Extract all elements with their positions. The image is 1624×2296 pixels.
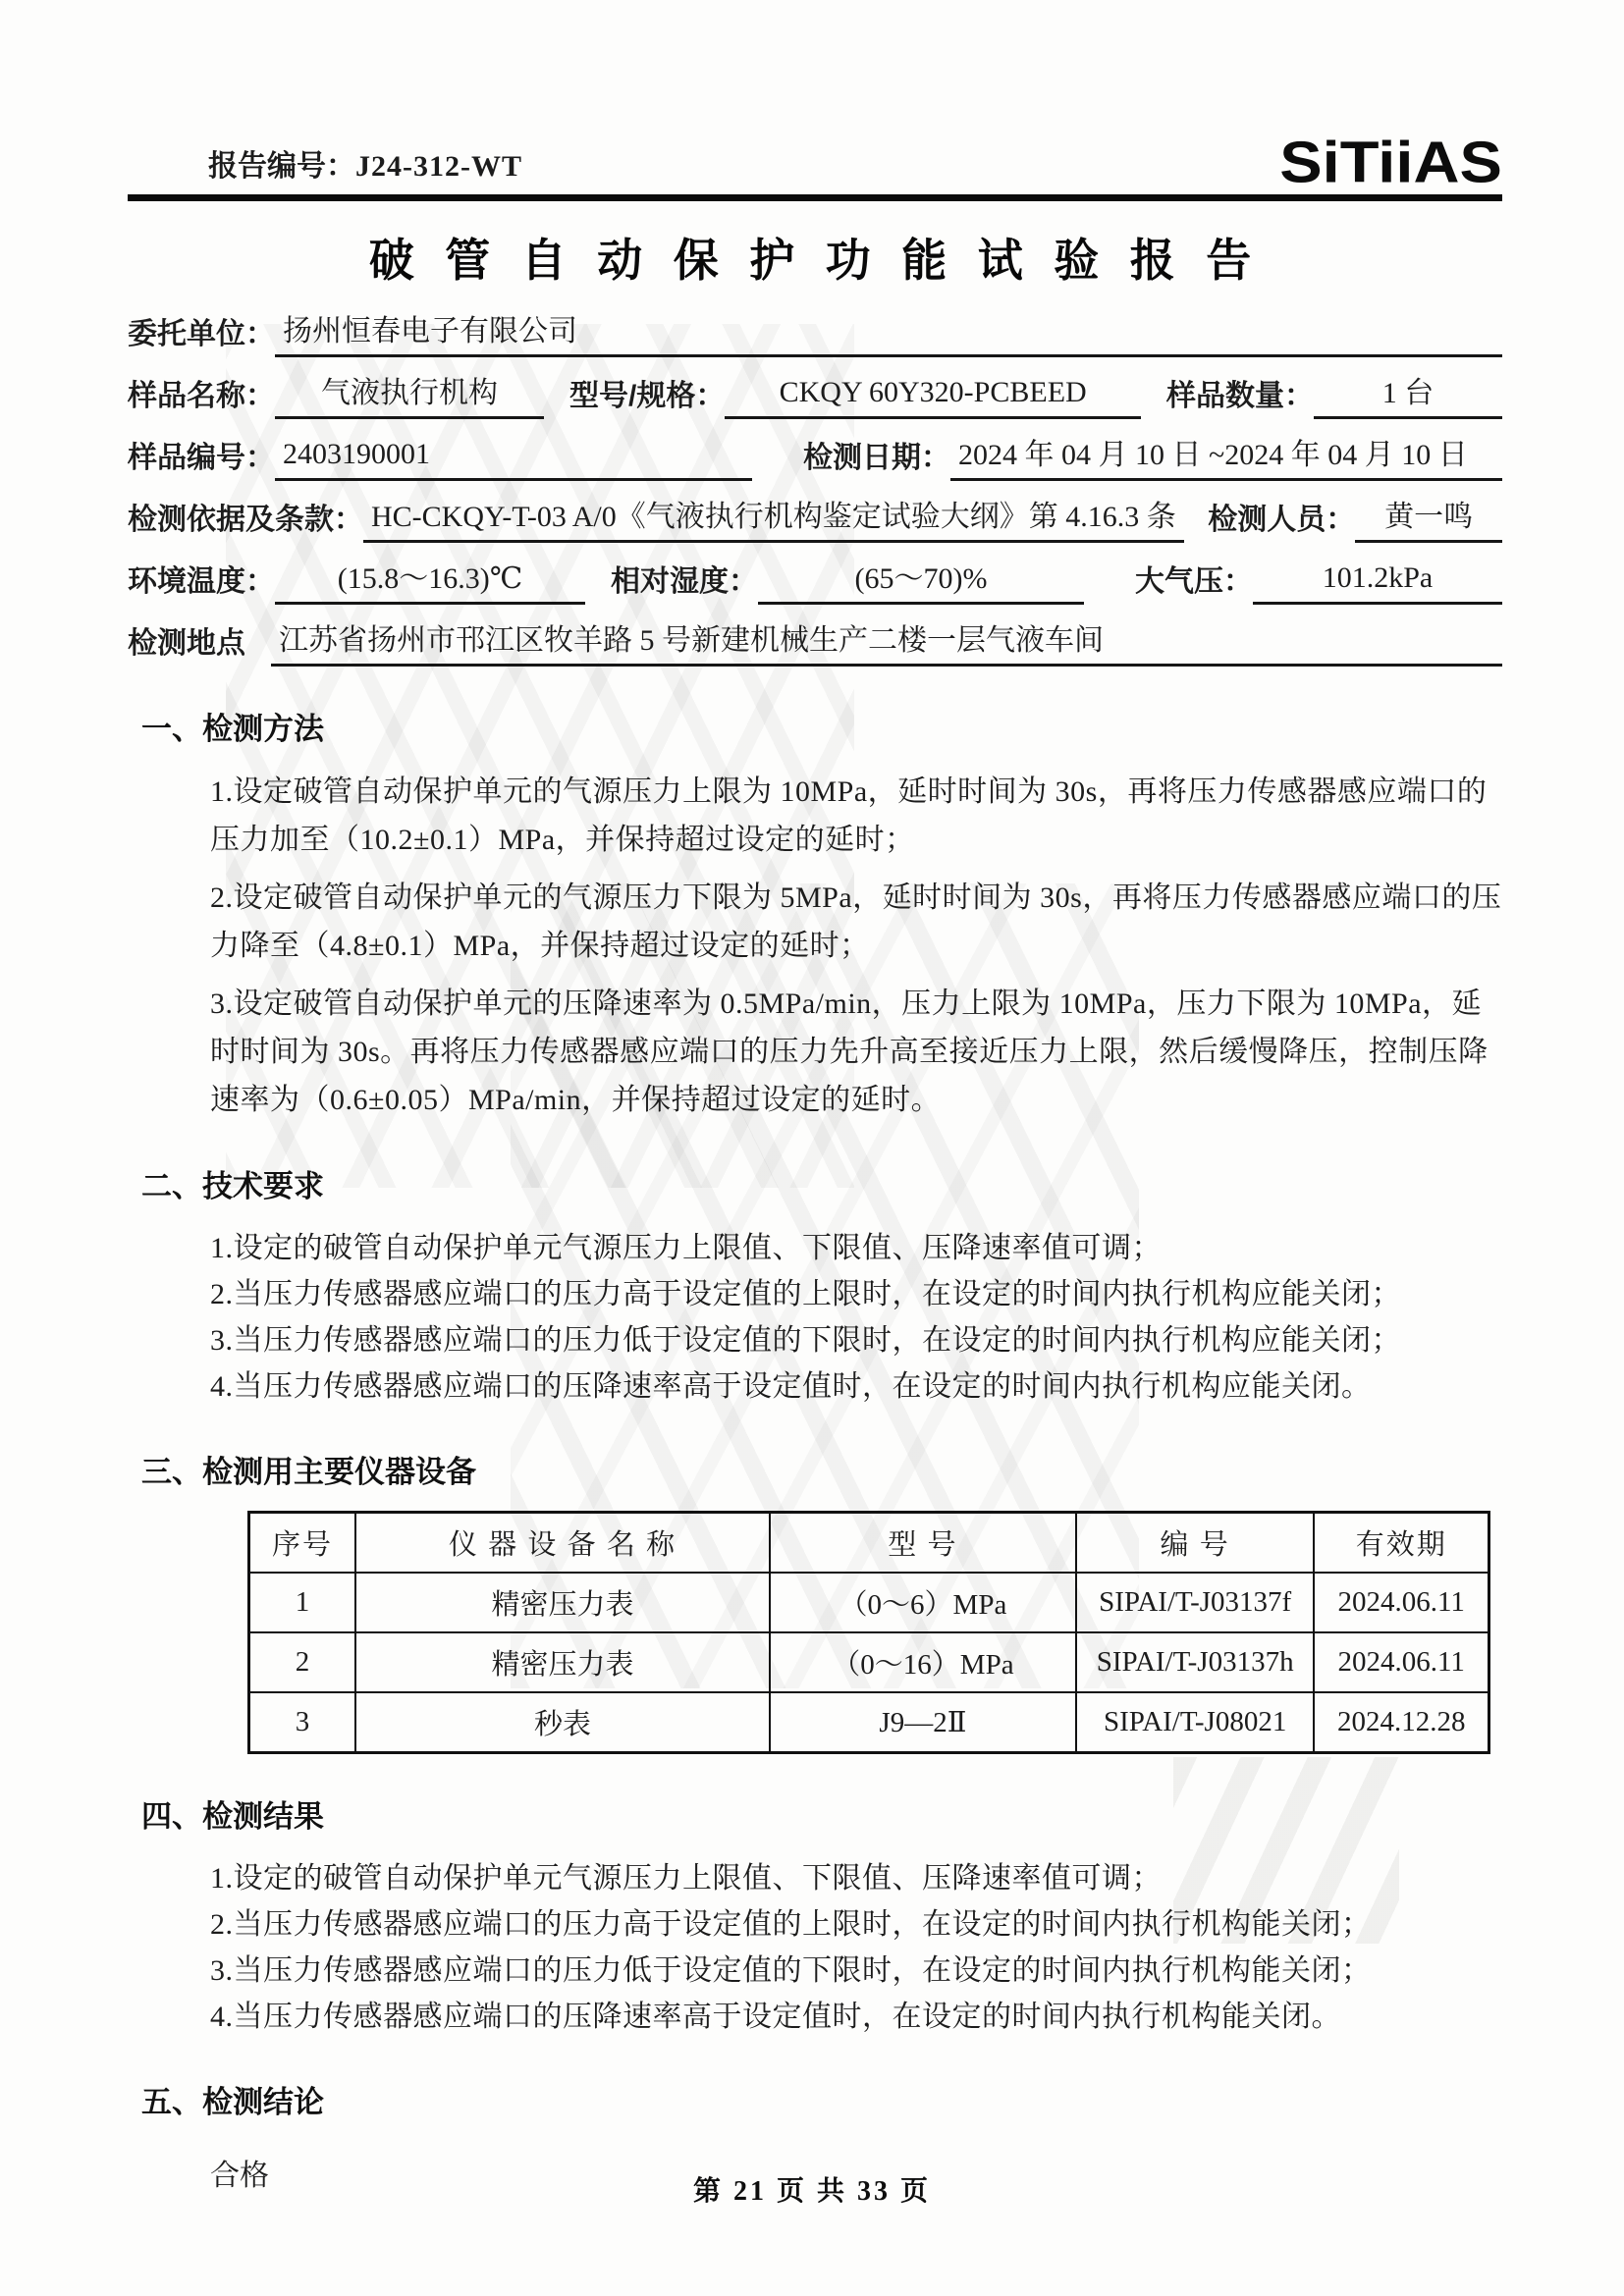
requirement-item: 3.当压力传感器感应端口的压力低于设定值的下限时，在设定的时间内执行机构应能关闭… bbox=[210, 1317, 1502, 1363]
cell-validity: 2024.12.28 bbox=[1314, 1692, 1489, 1753]
col-header-serial: 编 号 bbox=[1076, 1513, 1314, 1574]
entrust-label: 委托单位： bbox=[128, 309, 275, 357]
basis-label: 检测依据及条款： bbox=[128, 495, 363, 543]
cell-validity: 2024.06.11 bbox=[1314, 1573, 1489, 1632]
pressure-label: 大气压： bbox=[1135, 557, 1253, 605]
cell-index: 1 bbox=[249, 1573, 356, 1632]
meta-row-location: 检测地点 江苏省扬州市邗江区牧羊路 5 号新建机械生产二楼一层气液车间 bbox=[128, 605, 1502, 667]
cell-serial: SIPAI/T-J08021 bbox=[1076, 1692, 1314, 1753]
report-page: 报告编号：J24-312-WT SiTiiAS 破 管 自 动 保 护 功 能 … bbox=[0, 0, 1624, 2296]
location-value: 江苏省扬州市邗江区牧羊路 5 号新建机械生产二楼一层气液车间 bbox=[271, 615, 1502, 667]
report-number-label: 报告编号： bbox=[208, 150, 355, 183]
humidity-label: 相对湿度： bbox=[611, 557, 758, 605]
sitiias-logo: SiTiiAS bbox=[1279, 134, 1502, 192]
basis-value: HC-CKQY-T-03 A/0《气液执行机构鉴定试验大纲》第 4.16.3 条 bbox=[363, 492, 1184, 543]
table-row: 1 精密压力表 （0～6）MPa SIPAI/T-J03137f 2024.06… bbox=[249, 1573, 1489, 1632]
cell-serial: SIPAI/T-J03137f bbox=[1076, 1573, 1314, 1632]
cell-name: 精密压力表 bbox=[355, 1632, 770, 1692]
table-row: 3 秒表 J9—2Ⅱ SIPAI/T-J08021 2024.12.28 bbox=[249, 1692, 1489, 1753]
result-item: 1.设定的破管自动保护单元气源压力上限值、下限值、压降速率值可调； bbox=[210, 1855, 1502, 1901]
inspector-value: 黄一鸣 bbox=[1355, 492, 1502, 543]
method-item: 2.设定破管自动保护单元的气源压力下限为 5MPa，延时时间为 30s，再将压力… bbox=[210, 874, 1502, 970]
requirement-item: 1.设定的破管自动保护单元气源压力上限值、下限值、压降速率值可调； bbox=[210, 1225, 1502, 1271]
meta-row-sample: 样品名称： 气液执行机构 型号/规格： CKQY 60Y320-PCBEED 样… bbox=[128, 357, 1502, 419]
cell-model: J9—2Ⅱ bbox=[770, 1692, 1076, 1753]
result-item: 2.当压力传感器感应端口的压力高于设定值的上限时，在设定的时间内执行机构能关闭； bbox=[210, 1901, 1502, 1948]
meta-row-basis: 检测依据及条款： HC-CKQY-T-03 A/0《气液执行机构鉴定试验大纲》第… bbox=[128, 481, 1502, 543]
table-header-row: 序号 仪 器 设 备 名 称 型 号 编 号 有效期 bbox=[249, 1513, 1489, 1574]
location-label: 检测地点 bbox=[128, 618, 245, 667]
cell-name: 秒表 bbox=[355, 1692, 770, 1753]
cell-model: （0～16）MPa bbox=[770, 1632, 1076, 1692]
requirement-item: 4.当压力传感器感应端口的压降速率高于设定值时，在设定的时间内执行机构应能关闭。 bbox=[210, 1363, 1502, 1410]
cell-name: 精密压力表 bbox=[355, 1573, 770, 1632]
page-footer: 第 21 页 共 33 页 bbox=[0, 2169, 1624, 2209]
method-item: 1.设定破管自动保护单元的气源压力上限为 10MPa，延时时间为 30s，再将压… bbox=[210, 768, 1502, 864]
cell-serial: SIPAI/T-J03137h bbox=[1076, 1632, 1314, 1692]
meta-row-entrust: 委托单位： 扬州恒春电子有限公司 bbox=[128, 295, 1502, 357]
quantity-value: 1 台 bbox=[1314, 368, 1502, 419]
section-heading-results: 四、检测结果 bbox=[141, 1791, 1502, 1836]
inspector-label: 检测人员： bbox=[1208, 495, 1355, 543]
meta-row-sample-no: 样品编号： 2403190001 检测日期： 2024 年 04 月 10 日 … bbox=[128, 419, 1502, 481]
model-value: CKQY 60Y320-PCBEED bbox=[725, 376, 1141, 419]
instruments-table: 序号 仪 器 设 备 名 称 型 号 编 号 有效期 1 精密压力表 （0～6）… bbox=[247, 1511, 1490, 1754]
section-heading-instruments: 三、检测用主要仪器设备 bbox=[141, 1447, 1502, 1491]
method-item: 3.设定破管自动保护单元的压降速率为 0.5MPa/min，压力上限为 10MP… bbox=[210, 980, 1502, 1124]
section-heading-method: 一、检测方法 bbox=[141, 704, 1502, 748]
sample-no-label: 样品编号： bbox=[128, 433, 275, 481]
report-header: 报告编号：J24-312-WT SiTiiAS bbox=[128, 90, 1502, 192]
model-label: 型号/规格： bbox=[569, 371, 725, 419]
col-header-index: 序号 bbox=[249, 1513, 356, 1574]
cell-index: 2 bbox=[249, 1632, 356, 1692]
test-date-value: 2024 年 04 月 10 日 ~2024 年 04 月 10 日 bbox=[950, 430, 1502, 481]
section-heading-requirements: 二、技术要求 bbox=[141, 1161, 1502, 1205]
temperature-label: 环境温度： bbox=[128, 557, 275, 605]
cell-validity: 2024.06.11 bbox=[1314, 1632, 1489, 1692]
col-header-model: 型 号 bbox=[770, 1513, 1076, 1574]
sample-name-value: 气液执行机构 bbox=[275, 368, 544, 419]
section-heading-conclusion: 五、检测结论 bbox=[141, 2077, 1502, 2121]
temperature-value: (15.8～16.3)℃ bbox=[275, 554, 585, 605]
report-number-value: J24-312-WT bbox=[355, 150, 522, 183]
quantity-label: 样品数量： bbox=[1166, 371, 1314, 419]
humidity-value: (65～70)% bbox=[758, 554, 1084, 605]
result-item: 3.当压力传感器感应端口的压力低于设定值的下限时，在设定的时间内执行机构能关闭； bbox=[210, 1948, 1502, 1994]
page-title: 破 管 自 动 保 护 功 能 试 验 报 告 bbox=[128, 225, 1502, 290]
col-header-validity: 有效期 bbox=[1314, 1513, 1489, 1574]
entrust-value: 扬州恒春电子有限公司 bbox=[275, 306, 1502, 357]
requirement-item: 2.当压力传感器感应端口的压力高于设定值的上限时，在设定的时间内执行机构应能关闭… bbox=[210, 1271, 1502, 1317]
header-divider bbox=[128, 194, 1502, 201]
result-item: 4.当压力传感器感应端口的压降速率高于设定值时，在设定的时间内执行机构能关闭。 bbox=[210, 1994, 1502, 2040]
pressure-value: 101.2kPa bbox=[1253, 561, 1502, 605]
cell-model: （0～6）MPa bbox=[770, 1573, 1076, 1632]
test-date-label: 检测日期： bbox=[803, 433, 950, 481]
col-header-name: 仪 器 设 备 名 称 bbox=[355, 1513, 770, 1574]
sample-name-label: 样品名称： bbox=[128, 371, 275, 419]
sample-no-value: 2403190001 bbox=[275, 438, 752, 481]
report-number: 报告编号：J24-312-WT bbox=[128, 141, 522, 192]
meta-row-environment: 环境温度： (15.8～16.3)℃ 相对湿度： (65～70)% 大气压： 1… bbox=[128, 543, 1502, 605]
cell-index: 3 bbox=[249, 1692, 356, 1753]
table-row: 2 精密压力表 （0～16）MPa SIPAI/T-J03137h 2024.0… bbox=[249, 1632, 1489, 1692]
